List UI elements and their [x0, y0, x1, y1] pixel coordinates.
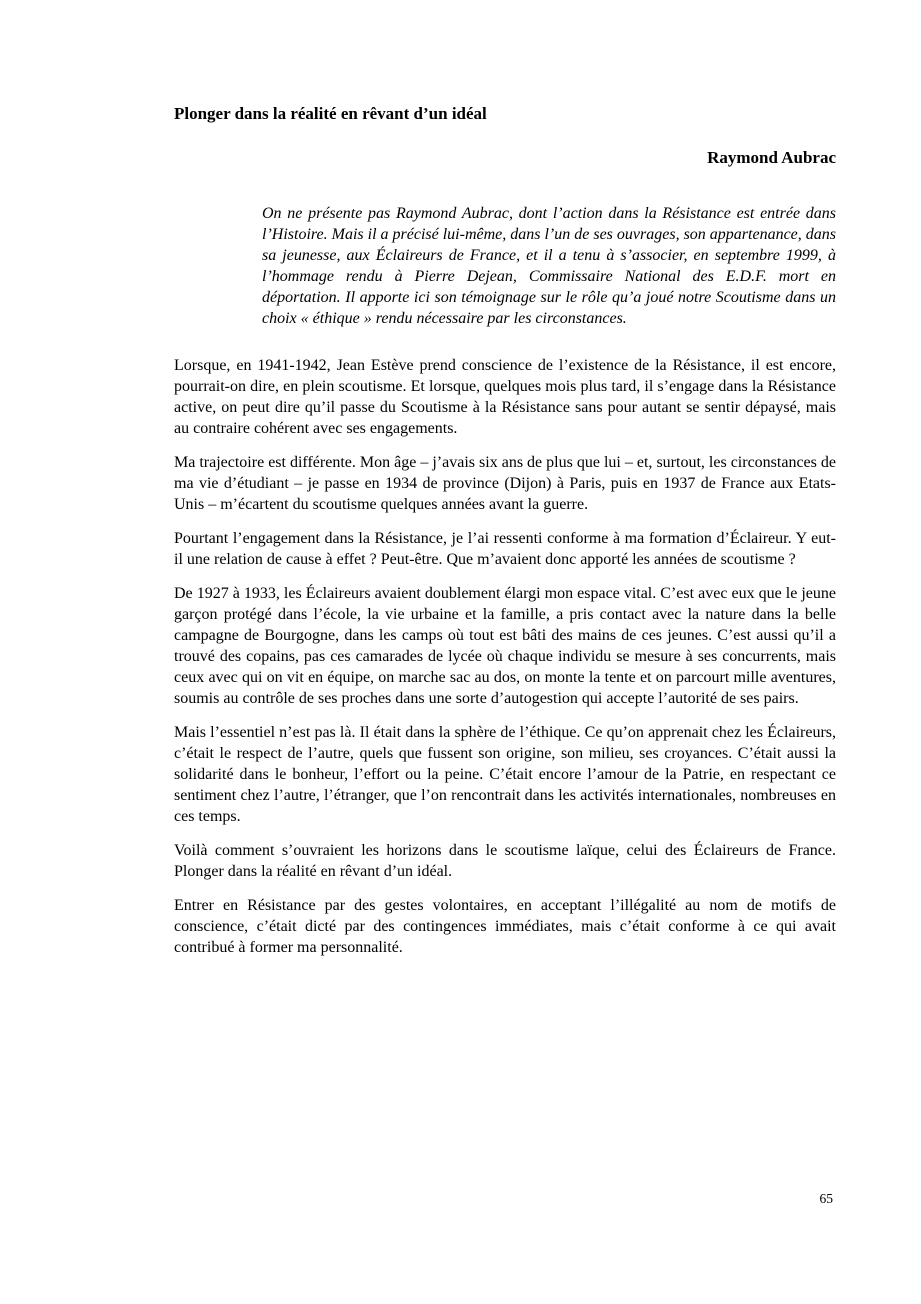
document-page: Plonger dans la réalité en rêvant d’un i… — [0, 0, 921, 1304]
body-paragraph: De 1927 à 1933, les Éclaireurs avaient d… — [174, 583, 836, 709]
body-paragraph: Mais l’essentiel n’est pas là. Il était … — [174, 722, 836, 827]
body-paragraph: Voilà comment s’ouvraient les horizons d… — [174, 840, 836, 882]
author-name: Raymond Aubrac — [174, 147, 836, 169]
body-paragraph: Entrer en Résistance par des gestes volo… — [174, 895, 836, 958]
body-paragraph: Lorsque, en 1941-1942, Jean Estève prend… — [174, 355, 836, 439]
body-paragraph: Pourtant l’engagement dans la Résistance… — [174, 528, 836, 570]
body-text: Lorsque, en 1941-1942, Jean Estève prend… — [174, 355, 836, 958]
intro-quote: On ne présente pas Raymond Aubrac, dont … — [262, 203, 836, 329]
page-content: Plonger dans la réalité en rêvant d’un i… — [174, 0, 836, 971]
document-title: Plonger dans la réalité en rêvant d’un i… — [174, 0, 836, 125]
page-number: 65 — [820, 1191, 834, 1207]
body-paragraph: Ma trajectoire est différente. Mon âge –… — [174, 452, 836, 515]
